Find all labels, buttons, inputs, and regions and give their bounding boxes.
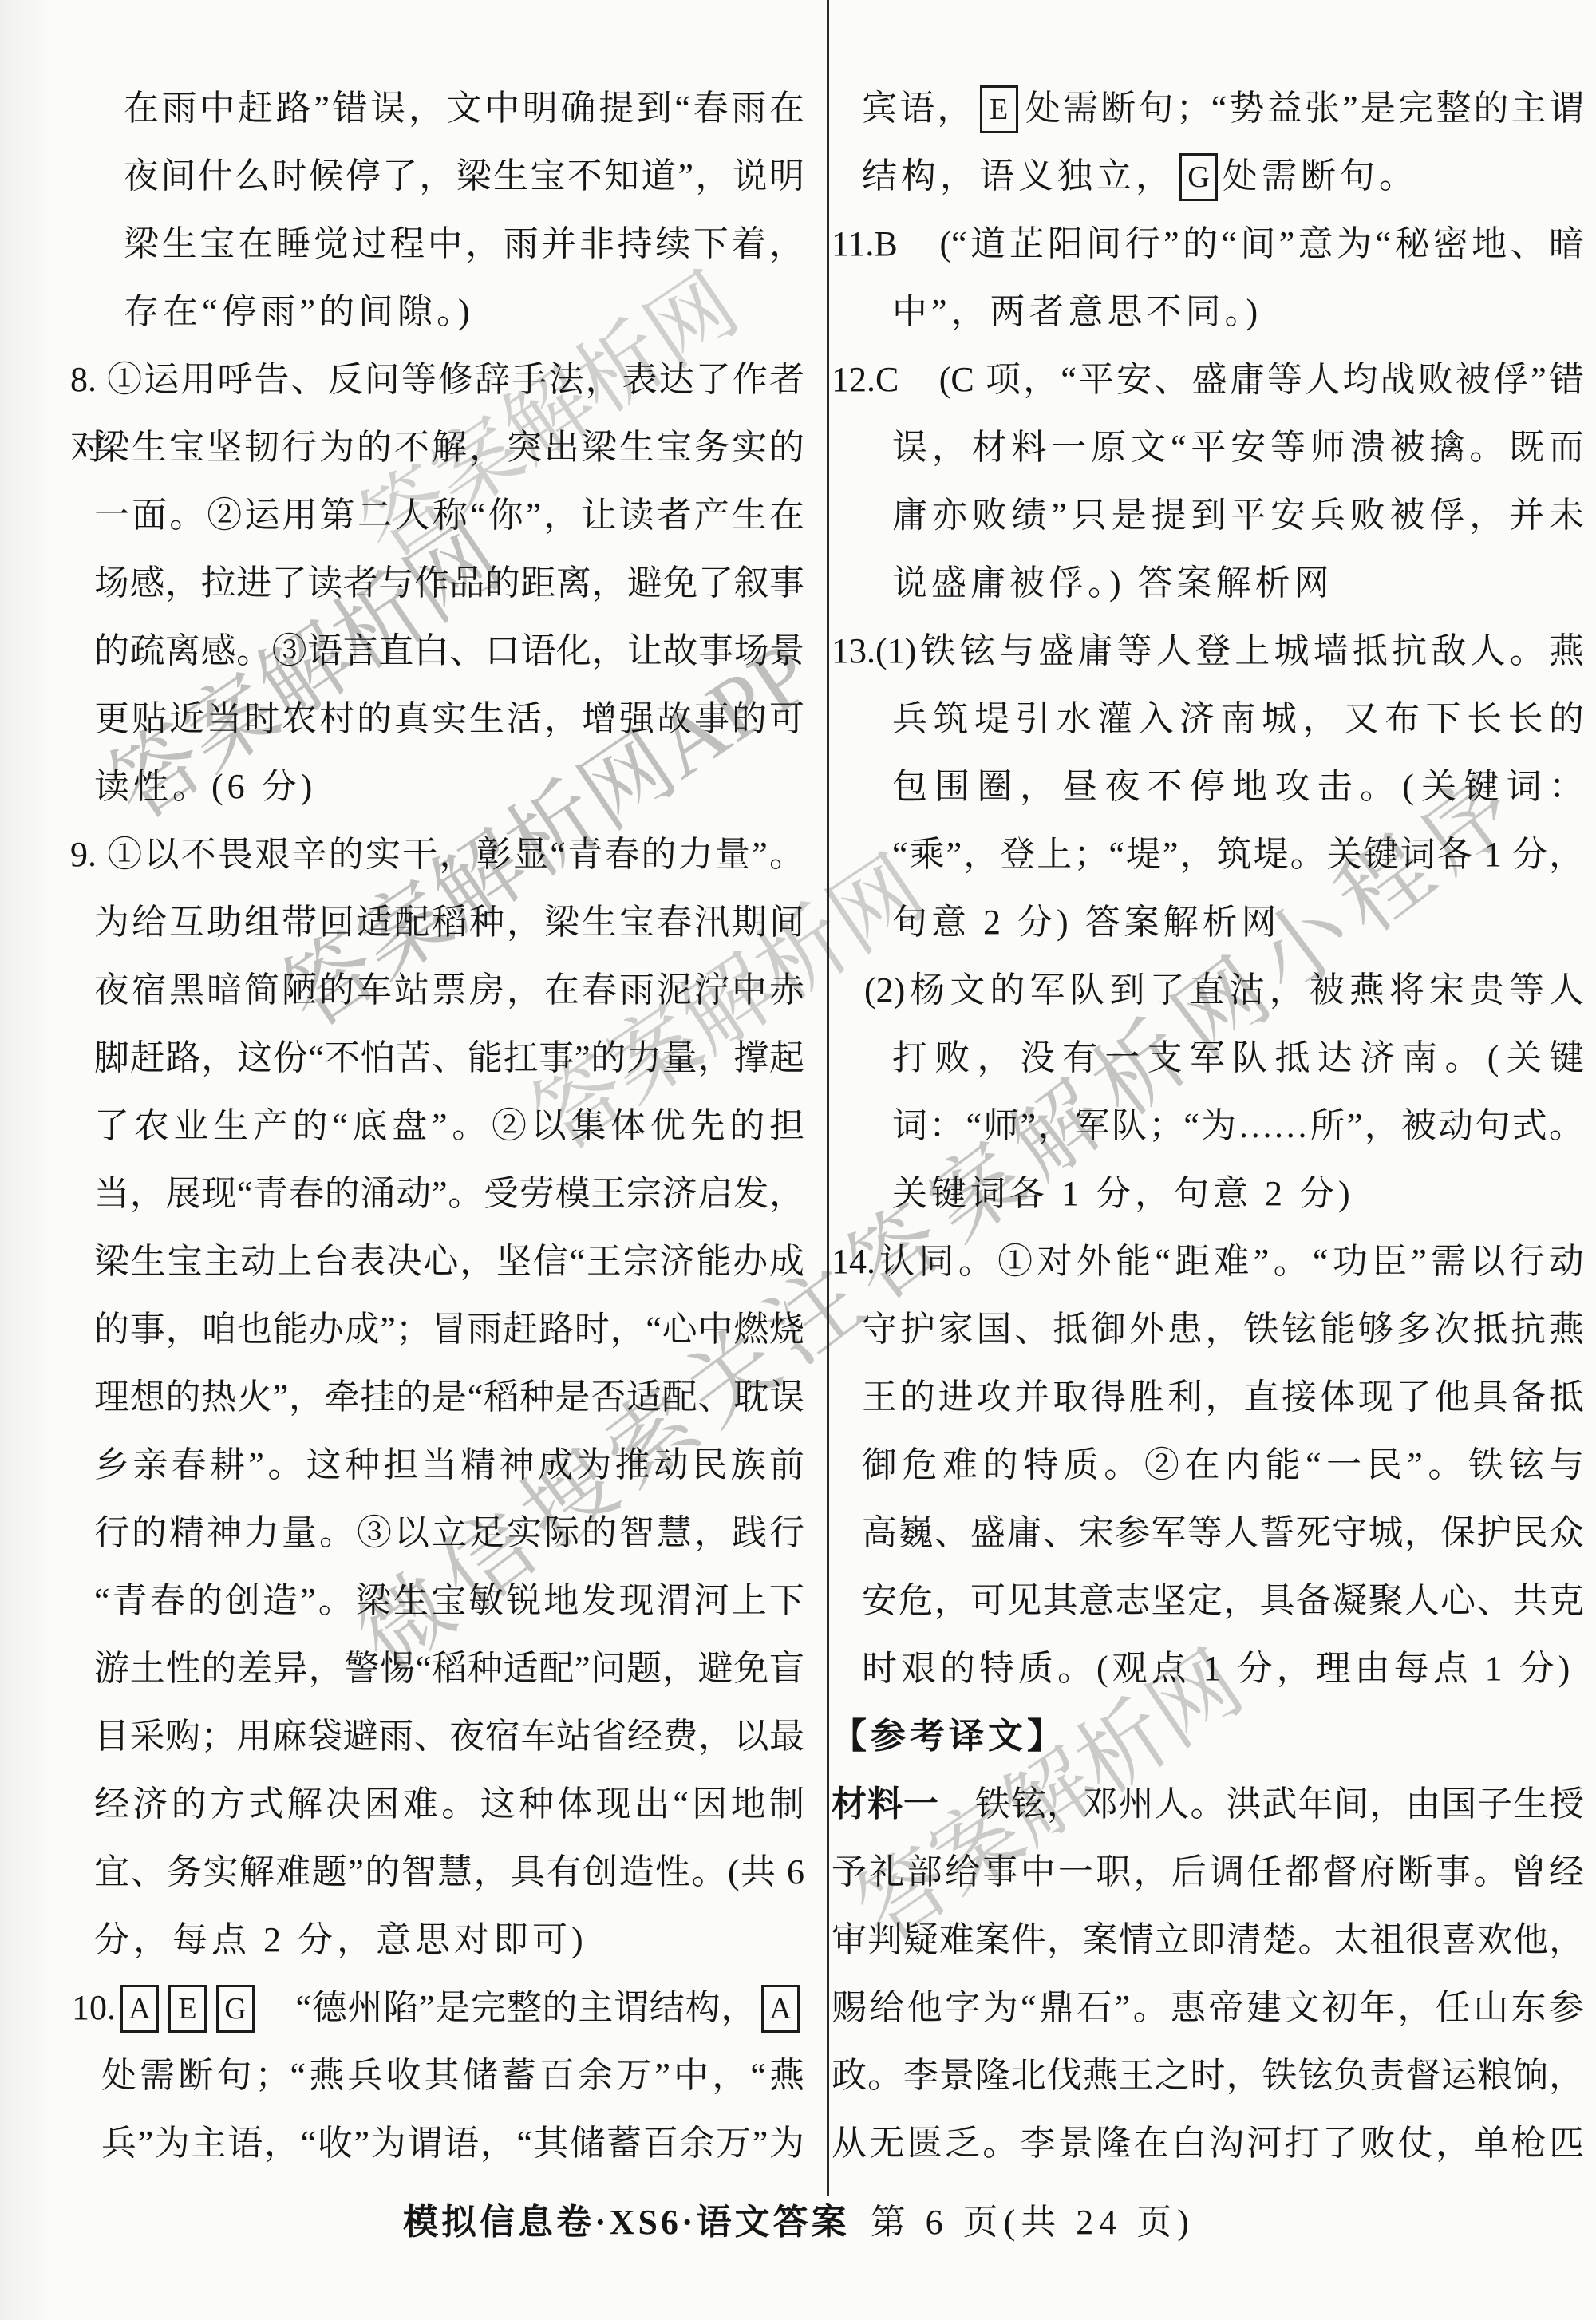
text-line: 行的精神力量。③以立足实际的智慧，践行 <box>94 1499 804 1567</box>
text-run: 予礼部给事中一职，后调任都督府断事。曾经 <box>832 1852 1584 1891</box>
answer-letter-box: G <box>216 1985 255 2033</box>
text-line: 当，展现“青春的涌动”。受劳模王宗济启发， <box>94 1160 804 1227</box>
text-line: 分，每点 2 分，意思对即可) <box>94 1906 804 1974</box>
text-line: 经济的方式解决困难。这种体现出“因地制 <box>94 1770 804 1838</box>
text-run: 宜、务实解难题”的智慧，具有创造性。(共 6 <box>94 1852 804 1891</box>
column-divider <box>827 0 829 2196</box>
text-line: 13.(1)铁铉与盛庸等人登上城墙抵抗敌人。燕 <box>832 617 1584 685</box>
text-line: 审判疑难案件，案情立即清楚。太祖很喜欢他， <box>832 1906 1584 1974</box>
text-line: 庸亦败绩”只是提到平安兵败被俘，并未 <box>892 481 1584 549</box>
text-line: 10.AEG “德州陷”是完整的主谓结构，A <box>72 1974 804 2041</box>
text-run: 中”，两者意思不同。) <box>892 292 1262 331</box>
text-line: 词：“师”，军队；“为……所”，被动句式。 <box>892 1092 1584 1160</box>
text-run: 处需断句；“燕兵收其储蓄百余万”中，“燕 <box>101 2056 804 2095</box>
text-run: 从无匮乏。李景隆在白沟河打了败仗，单枪匹 <box>832 2124 1584 2163</box>
text-run: 更贴近当时农村的真实生活，增强故事的可 <box>94 699 804 738</box>
text-run: 关键词各 1 分，句意 2 分) <box>892 1174 1354 1213</box>
text-run: 在雨中赶路”错误，文中明确提到“春雨在 <box>124 89 804 128</box>
text-line: 结构，语义独立，G处需断句。 <box>862 142 1584 210</box>
text-run: 当，展现“青春的涌动”。受劳模王宗济启发， <box>94 1174 804 1213</box>
text-run: 游土性的差异，警惕“稻种适配”问题，避免盲 <box>94 1649 804 1688</box>
text-run: 处需断句。 <box>1223 156 1418 196</box>
text-run: 误，材料一原文“平安等师溃被擒。既而 <box>892 428 1584 467</box>
answer-letter-box: G <box>1179 153 1218 201</box>
text-run: 打败，没有一支军队抵达济南。(关键 <box>892 1038 1584 1077</box>
text-line: 御危难的特质。②在内能“一民”。铁铉与 <box>862 1431 1584 1499</box>
text-line: 在雨中赶路”错误，文中明确提到“春雨在 <box>124 74 804 142</box>
text-run: 场感，拉进了读者与作品的距离，避免了叙事 <box>94 563 804 603</box>
text-run: 脚赶路，这份“不怕苦、能扛事”的力量，撑起 <box>94 1038 804 1077</box>
text-line: 为给互助组带回适配稻种，梁生宝春汛期间 <box>94 888 804 956</box>
text-line: 中”，两者意思不同。) <box>892 278 1584 346</box>
answer-letter-box: A <box>120 1985 159 2033</box>
text-line: 误，材料一原文“平安等师溃被擒。既而 <box>892 413 1584 481</box>
answer-letter-box: A <box>761 1985 800 2033</box>
text-run: 材料一 <box>832 1784 939 1824</box>
text-line: 14.认同。①对外能“距难”。“功臣”需以行动 <box>832 1227 1584 1295</box>
text-line: 王的进攻并取得胜利，直接体现了他具备抵 <box>862 1363 1584 1431</box>
text-run: 的事，咱也能办成”；冒雨赶路时，“心中燃烧 <box>94 1310 804 1349</box>
text-line: 的事，咱也能办成”；冒雨赶路时，“心中燃烧 <box>94 1295 804 1363</box>
text-run: 13.(1)铁铉与盛庸等人登上城墙抵抗敌人。燕 <box>832 631 1584 670</box>
text-run: 铁铉，邓州人。洪武年间，由国子生授 <box>939 1784 1584 1824</box>
text-line: 夜间什么时候停了，梁生宝不知道”，说明 <box>124 142 804 210</box>
text-run: 12.C (C 项，“平安、盛庸等人均战败被俘”错 <box>832 360 1584 399</box>
text-run: 读性。(6 分) <box>94 767 316 806</box>
right-column: 宾语，E处需断句；“势益张”是完整的主谓结构，语义独立，G处需断句。11.B (… <box>832 74 1584 2177</box>
text-line: “乘”，登上；“堤”，筑堤。关键词各 1 分， <box>892 820 1584 888</box>
text-line: 赐给他字为“鼎石”。惠帝建文初年，任山东参 <box>832 1974 1584 2041</box>
text-run: 夜宿黑暗简陋的车站票房，在春雨泥泞中赤 <box>94 970 804 1010</box>
text-run: 安危，可见其意志坚定，具备凝聚人心、共克 <box>862 1581 1584 1620</box>
answer-letter-box: E <box>168 1985 207 2033</box>
text-line: 宾语，E处需断句；“势益张”是完整的主谓 <box>862 74 1584 142</box>
text-line: 予礼部给事中一职，后调任都督府断事。曾经 <box>832 1838 1584 1906</box>
text-run: 宾语， <box>862 89 975 128</box>
text-line: 读性。(6 分) <box>94 753 804 820</box>
text-line: (2)杨文的军队到了直沽，被燕将宋贵等人 <box>864 956 1584 1024</box>
text-run: 词：“师”，军队；“为……所”，被动句式。 <box>892 1106 1584 1145</box>
footer-page-number: 第 6 页(共 24 页) <box>871 2203 1195 2242</box>
text-line: 理想的热火”，牵挂的是“稻种是否适配、耽误 <box>94 1363 804 1431</box>
text-line: 存在“停雨”的间隙。) <box>124 278 804 346</box>
text-line: 游土性的差异，警惕“稻种适配”问题，避免盲 <box>94 1634 804 1702</box>
text-run: 政。李景隆北伐燕王之时，铁铉负责督运粮饷， <box>832 2056 1584 2095</box>
text-run: 御危难的特质。②在内能“一民”。铁铉与 <box>862 1445 1584 1484</box>
text-line: 乡亲春耕”。这种担当精神成为推动民族前 <box>94 1431 804 1499</box>
text-line: 安危，可见其意志坚定，具备凝聚人心、共克 <box>862 1567 1584 1634</box>
text-run: 【参考译文】 <box>832 1717 1066 1756</box>
text-run: 句意 2 分) 答案解析网 <box>892 903 1281 942</box>
text-run: 经济的方式解决困难。这种体现出“因地制 <box>94 1784 804 1824</box>
text-run: 庸亦败绩”只是提到平安兵败被俘，并未 <box>892 496 1584 535</box>
text-line: 目采购；用麻袋避雨、夜宿车站省经费，以最 <box>94 1702 804 1770</box>
text-line: “青春的创造”。梁生宝敏锐地发现渭河上下 <box>94 1567 804 1634</box>
text-run: 理想的热火”，牵挂的是“稻种是否适配、耽误 <box>94 1377 804 1417</box>
footer-title: 模拟信息卷·XS6·语文答案 <box>403 2203 850 2242</box>
answer-letter-box: E <box>980 85 1018 133</box>
text-run: 梁生宝在睡觉过程中，雨并非持续下着， <box>124 224 804 263</box>
text-line: 【参考译文】 <box>832 1702 1584 1770</box>
text-line: 材料一 铁铉，邓州人。洪武年间，由国子生授 <box>832 1770 1584 1838</box>
text-run: 一面。②运用第二人称“你”，让读者产生在 <box>94 496 804 535</box>
text-line: 9. ①以不畏艰辛的实干，彰显“青春的力量”。 <box>70 820 804 888</box>
text-line: 脚赶路，这份“不怕苦、能扛事”的力量，撑起 <box>94 1024 804 1092</box>
text-run: (2)杨文的军队到了直沽，被燕将宋贵等人 <box>864 970 1584 1010</box>
text-line: 兵”为主语，“收”为谓语，“其储蓄百余万”为 <box>101 2109 804 2177</box>
text-line: 了农业生产的“底盘”。②以集体优先的担 <box>94 1092 804 1160</box>
text-line: 处需断句；“燕兵收其储蓄百余万”中，“燕 <box>101 2041 804 2109</box>
text-line: 说盛庸被俘。) 答案解析网 <box>892 549 1584 617</box>
text-run: 梁生宝坚韧行为的不解，突出梁生宝务实的 <box>94 428 804 467</box>
text-run: “乘”，登上；“堤”，筑堤。关键词各 1 分， <box>892 835 1584 874</box>
text-line: 11.B (“道芷阳间行”的“间”意为“秘密地、暗 <box>832 210 1584 278</box>
text-run: 王的进攻并取得胜利，直接体现了他具备抵 <box>862 1377 1584 1417</box>
text-line: 兵筑堤引水灌入济南城，又布下长长的 <box>892 685 1584 753</box>
text-run: 梁生宝主动上台表决心，坚信“王宗济能办成 <box>94 1242 804 1281</box>
text-line: 梁生宝坚韧行为的不解，突出梁生宝务实的 <box>94 413 804 481</box>
text-run: 了农业生产的“底盘”。②以集体优先的担 <box>94 1106 804 1145</box>
text-line: 梁生宝主动上台表决心，坚信“王宗济能办成 <box>94 1227 804 1295</box>
text-line: 梁生宝在睡觉过程中，雨并非持续下着， <box>124 210 804 278</box>
text-line: 高巍、盛庸、宋参军等人誓死守城，保护民众 <box>862 1499 1584 1567</box>
text-line: 宜、务实解难题”的智慧，具有创造性。(共 6 <box>94 1838 804 1906</box>
text-line: 从无匮乏。李景隆在白沟河打了败仗，单枪匹 <box>832 2109 1584 2177</box>
text-run: 说盛庸被俘。) 答案解析网 <box>892 563 1333 603</box>
text-run: 兵筑堤引水灌入济南城，又布下长长的 <box>892 699 1584 738</box>
text-line: 包围圈，昼夜不停地攻击。(关键词： <box>892 753 1584 820</box>
text-run: 赐给他字为“鼎石”。惠帝建文初年，任山东参 <box>832 1988 1584 2027</box>
text-run: “青春的创造”。梁生宝敏锐地发现渭河上下 <box>94 1581 804 1620</box>
text-line: 守护家国、抵御外患，铁铉能够多次抵抗燕 <box>862 1295 1584 1363</box>
text-line: 更贴近当时农村的真实生活，增强故事的可 <box>94 685 804 753</box>
text-run: 守护家国、抵御外患，铁铉能够多次抵抗燕 <box>862 1310 1584 1349</box>
text-line: 的疏离感。③语言直白、口语化，让故事场景 <box>94 617 804 685</box>
text-line: 句意 2 分) 答案解析网 <box>892 888 1584 956</box>
text-run: 10. <box>72 1988 116 2027</box>
text-run: 夜间什么时候停了，梁生宝不知道”，说明 <box>124 156 804 196</box>
text-line: 夜宿黑暗简陋的车站票房，在春雨泥泞中赤 <box>94 956 804 1024</box>
text-run: 为给互助组带回适配稻种，梁生宝春汛期间 <box>94 903 804 942</box>
text-run: 14.认同。①对外能“距难”。“功臣”需以行动 <box>832 1242 1584 1281</box>
text-line: 政。李景隆北伐燕王之时，铁铉负责督运粮饷， <box>832 2041 1584 2109</box>
text-run: 乡亲春耕”。这种担当精神成为推动民族前 <box>94 1445 804 1484</box>
text-run: 9. ①以不畏艰辛的实干，彰显“青春的力量”。 <box>70 835 804 874</box>
text-run: 存在“停雨”的间隙。) <box>124 292 474 331</box>
text-run: 目采购；用麻袋避雨、夜宿车站省经费，以最 <box>94 1717 804 1756</box>
text-run: 分，每点 2 分，意思对即可) <box>94 1920 587 1959</box>
text-line: 一面。②运用第二人称“你”，让读者产生在 <box>94 481 804 549</box>
exam-answer-page: 答案解析网答案解析网答案解析网APP答案解析网微信搜索关注答案解析网小程序答案解… <box>0 0 1596 2320</box>
text-run: 结构，语义独立， <box>862 156 1175 196</box>
text-run: 高巍、盛庸、宋参军等人誓死守城，保护民众 <box>862 1513 1584 1552</box>
text-run: 的疏离感。③语言直白、口语化，让故事场景 <box>94 631 804 670</box>
text-line: 时艰的特质。(观点 1 分，理由每点 1 分) <box>862 1634 1584 1702</box>
left-column: 在雨中赶路”错误，文中明确提到“春雨在夜间什么时候停了，梁生宝不知道”，说明梁生… <box>0 74 804 2177</box>
text-run: 兵”为主语，“收”为谓语，“其储蓄百余万”为 <box>101 2124 804 2163</box>
text-run: “德州陷”是完整的主谓结构， <box>259 1988 757 2027</box>
text-line: 打败，没有一支军队抵达济南。(关键 <box>892 1024 1584 1092</box>
text-run: 11.B (“道芷阳间行”的“间”意为“秘密地、暗 <box>832 224 1584 263</box>
text-line: 场感，拉进了读者与作品的距离，避免了叙事 <box>94 549 804 617</box>
text-run: 行的精神力量。③以立足实际的智慧，践行 <box>94 1513 804 1552</box>
text-run: 审判疑难案件，案情立即清楚。太祖很喜欢他， <box>832 1920 1584 1959</box>
text-line: 关键词各 1 分，句意 2 分) <box>892 1160 1584 1227</box>
text-run: 处需断句；“势益张”是完整的主谓 <box>1023 89 1584 128</box>
text-run: 时艰的特质。(观点 1 分，理由每点 1 分) <box>862 1649 1574 1688</box>
text-line: 12.C (C 项，“平安、盛庸等人均战败被俘”错 <box>832 346 1584 413</box>
text-run: 包围圈，昼夜不停地攻击。(关键词： <box>892 767 1584 806</box>
text-line: 8. ①运用呼告、反问等修辞手法，表达了作者对 <box>70 346 804 413</box>
page-footer: 模拟信息卷·XS6·语文答案第 6 页(共 24 页) <box>403 2193 1195 2244</box>
